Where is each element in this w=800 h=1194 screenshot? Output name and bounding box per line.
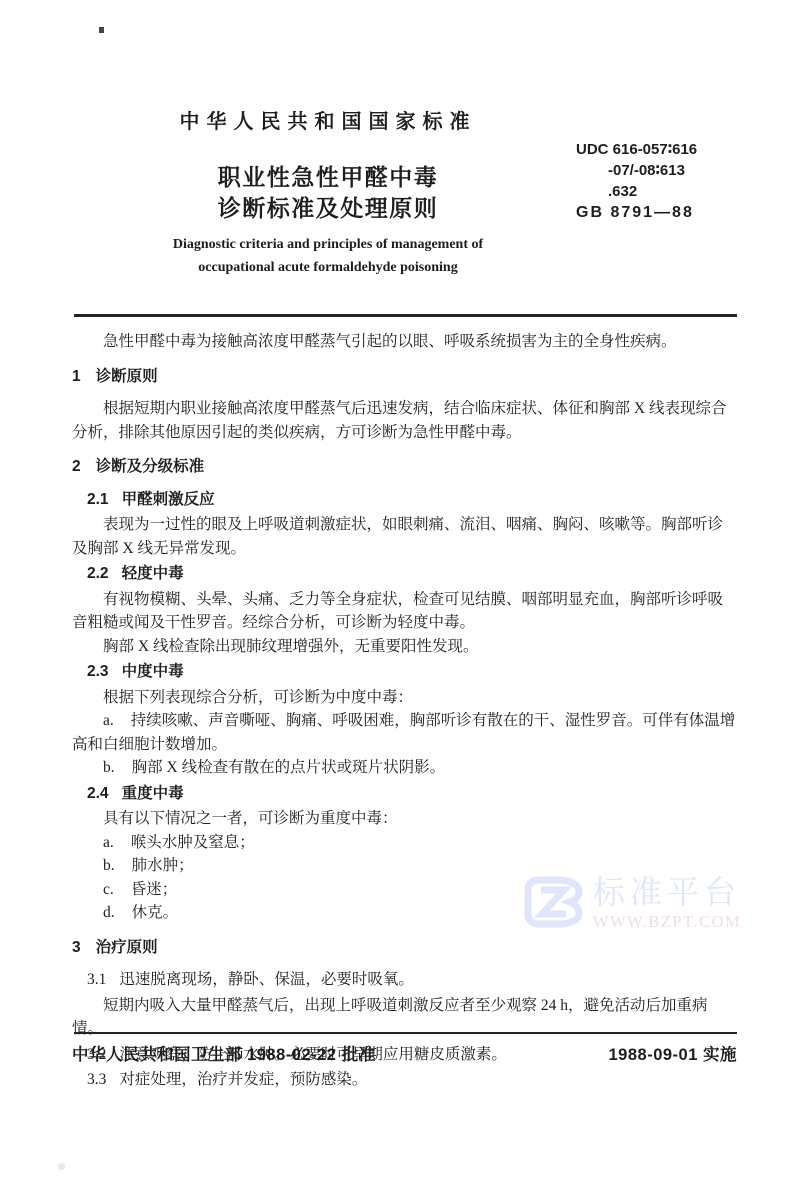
text: 昏迷； xyxy=(131,881,178,898)
item-marker: b. xyxy=(103,857,115,874)
section-heading: 2.3中度中毒 xyxy=(72,660,738,684)
item-number: 2.1 xyxy=(87,491,109,508)
text: 诊断原则 xyxy=(96,368,158,385)
text: 喉头水肿及窒息； xyxy=(131,834,255,851)
item-number: 1 xyxy=(72,368,81,385)
chapter-heading: 1诊断原则 xyxy=(72,365,738,389)
text: 对症处理，治疗并发症，预防感染。 xyxy=(119,1071,367,1088)
document-title-line1: 职业性急性甲醛中毒 xyxy=(72,162,584,193)
english-subtitle-line1: Diagnostic criteria and principles of ma… xyxy=(72,233,584,256)
document-title-line2: 诊断标准及处理原则 xyxy=(72,193,584,224)
text: 根据下列表现综合分析，可诊断为中度中毒： xyxy=(103,689,413,706)
paragraph: 胸部 X 线检查除出现肺纹理增强外，无重要阳性发现。 xyxy=(72,635,738,659)
item-number: 2.3 xyxy=(87,663,109,680)
text: 肺水肿； xyxy=(132,857,194,874)
item-number: 3.1 xyxy=(87,971,106,988)
text: 治疗原则 xyxy=(96,939,158,956)
section-heading: 2.2轻度中毒 xyxy=(72,562,738,586)
list-item: a.持续咳嗽、声音嘶哑、胸痛、呼吸困难，胸部听诊有散在的干、湿性罗音。可伴有体温… xyxy=(72,709,738,756)
document-footer: 中华人民共和国卫生部 1988-02-22 批准 1988-09-01 实施 xyxy=(72,1041,737,1065)
udc-line1: UDC 616-057∶616 xyxy=(576,139,697,160)
text: 持续咳嗽、声音嘶哑、胸痛、呼吸困难，胸部听诊有散在的干、湿性罗音。可伴有体温增高… xyxy=(72,712,735,753)
paragraph: 具有以下情况之一者，可诊断为重度中毒： xyxy=(72,807,738,831)
numbered-paragraph: 3.1迅速脱离现场，静卧、保温，必要时吸氧。 xyxy=(72,968,738,992)
numbered-paragraph: 3.3对症处理，治疗并发症，预防感染。 xyxy=(72,1068,738,1092)
text: 具有以下情况之一者，可诊断为重度中毒： xyxy=(103,810,398,827)
section-heading: 2.1甲醛刺激反应 xyxy=(72,488,738,512)
item-number: 2.4 xyxy=(87,785,109,802)
section-heading: 2.4重度中毒 xyxy=(72,782,738,806)
text: 中度中毒 xyxy=(122,663,184,680)
text: 根据短期内职业接触高浓度甲醛蒸气后迅速发病，结合临床症状、体征和胸部 X 线表现… xyxy=(72,400,726,441)
list-item: b.肺水肿； xyxy=(72,854,738,878)
item-marker: d. xyxy=(103,904,115,921)
text: 胸部 X 线检查除出现肺纹理增强外，无重要阳性发现。 xyxy=(103,638,478,655)
item-marker: b. xyxy=(103,759,115,776)
item-number: 2.2 xyxy=(87,565,109,582)
list-item: d.休克。 xyxy=(72,901,738,925)
paragraph: 根据下列表现综合分析，可诊断为中度中毒： xyxy=(72,686,738,710)
text: 有视物模糊、头晕、头痛、乏力等全身症状，检查可见结膜、咽部明显充血，胸部听诊呼吸… xyxy=(72,591,723,632)
text: 轻度中毒 xyxy=(122,565,184,582)
udc-line2: -07/-08∶613 xyxy=(576,160,697,181)
list-item: a.喉头水肿及窒息； xyxy=(72,831,738,855)
text: 迅速脱离现场，静卧、保温，必要时吸氧。 xyxy=(119,971,414,988)
chapter-heading: 3治疗原则 xyxy=(72,936,738,960)
item-number: 2 xyxy=(72,458,81,475)
item-number: 3.3 xyxy=(87,1071,106,1088)
text: 诊断及分级标准 xyxy=(96,458,205,475)
body-flow: 急性甲醛中毒为接触高浓度甲醛蒸气引起的以眼、呼吸系统损害为主的全身性疾病。1诊断… xyxy=(72,330,738,1094)
item-number: 3 xyxy=(72,939,81,956)
implementation-date: 1988-09-01 实施 xyxy=(609,1041,738,1065)
scanned-standard-document: 中华人民共和国国家标准 职业性急性甲醛中毒 诊断标准及处理原则 Diagnost… xyxy=(0,0,800,1194)
item-marker: a. xyxy=(103,834,114,851)
english-subtitle: Diagnostic criteria and principles of ma… xyxy=(72,233,584,279)
item-marker: a. xyxy=(103,712,114,729)
item-marker: c. xyxy=(103,881,114,898)
header-divider-rule xyxy=(74,314,737,317)
udc-classification-block: UDC 616-057∶616 -07/-08∶613 .632 GB 8791… xyxy=(576,139,697,223)
list-item: c.昏迷； xyxy=(72,878,738,902)
paragraph: 根据短期内职业接触高浓度甲醛蒸气后迅速发病，结合临床症状、体征和胸部 X 线表现… xyxy=(72,397,738,444)
document-title: 职业性急性甲醛中毒 诊断标准及处理原则 xyxy=(72,162,584,224)
text: 重度中毒 xyxy=(122,785,184,802)
approval-notice: 中华人民共和国卫生部 1988-02-22 批准 xyxy=(72,1041,376,1065)
paragraph: 表现为一过性的眼及上呼吸道刺激症状，如眼刺痛、流泪、咽痛、胸闷、咳嗽等。胸部听诊… xyxy=(72,513,738,560)
english-subtitle-line2: occupational acute formaldehyde poisonin… xyxy=(72,256,584,279)
national-standard-label: 中华人民共和国国家标准 xyxy=(72,105,584,134)
text: 胸部 X 线检查有散在的点片状或斑片状阴影。 xyxy=(132,759,445,776)
text: 休克。 xyxy=(132,904,179,921)
footer-divider-rule xyxy=(74,1032,737,1034)
paragraph: 有视物模糊、头晕、头痛、乏力等全身症状，检查可见结膜、咽部明显充血，胸部听诊呼吸… xyxy=(72,588,738,635)
scan-speck xyxy=(58,1163,65,1170)
paragraph: 急性甲醛中毒为接触高浓度甲醛蒸气引起的以眼、呼吸系统损害为主的全身性疾病。 xyxy=(72,330,738,354)
udc-line3: .632 xyxy=(576,181,697,202)
standard-number: GB 8791—88 xyxy=(576,202,697,223)
text: 表现为一过性的眼及上呼吸道刺激症状，如眼刺痛、流泪、咽痛、胸闷、咳嗽等。胸部听诊… xyxy=(72,516,723,557)
text: 短期内吸入大量甲醛蒸气后，出现上呼吸道刺激反应者至少观察 24 h，避免活动后加… xyxy=(72,997,708,1038)
text: 急性甲醛中毒为接触高浓度甲醛蒸气引起的以眼、呼吸系统损害为主的全身性疾病。 xyxy=(103,333,677,350)
chapter-heading: 2诊断及分级标准 xyxy=(72,455,738,479)
list-item: b.胸部 X 线检查有散在的点片状或斑片状阴影。 xyxy=(72,756,738,780)
text: 甲醛刺激反应 xyxy=(122,491,215,508)
document-header: 中华人民共和国国家标准 职业性急性甲醛中毒 诊断标准及处理原则 Diagnost… xyxy=(72,0,738,311)
